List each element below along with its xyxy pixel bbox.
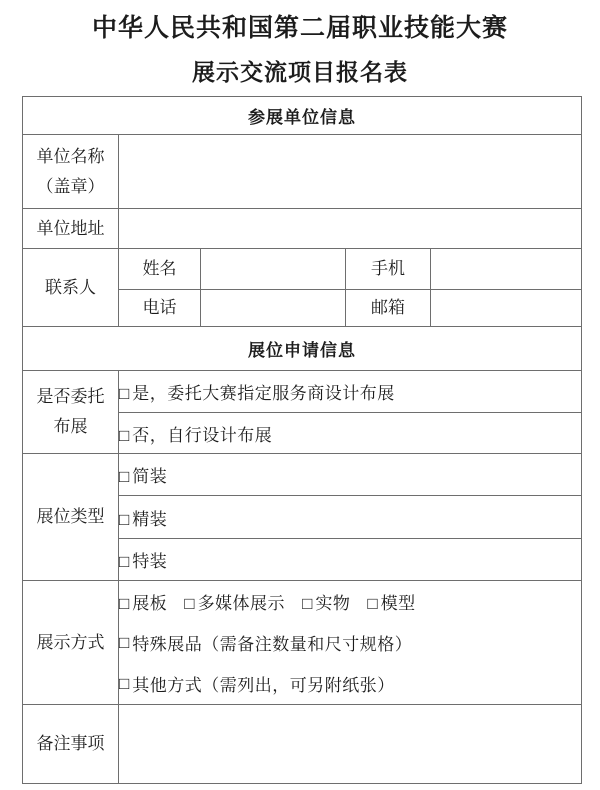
remarks-input-cell[interactable] <box>119 705 582 784</box>
entrust-label: 是否委托 布展 <box>23 371 119 454</box>
booth-type-label: 展位类型 <box>23 454 119 581</box>
checkbox-icon[interactable]: □ <box>119 675 129 692</box>
checkbox-icon[interactable]: □ <box>302 595 312 612</box>
booth-type-option-special-cell: □特装 <box>119 539 582 581</box>
contact-phone-label: 电话 <box>119 290 201 327</box>
entrust-option-yes-cell: □是，委托大赛指定服务商设计布展 <box>119 371 582 413</box>
checkbox-icon[interactable]: □ <box>119 595 129 612</box>
display-option-board: □展板 <box>119 589 167 614</box>
contact-email-label: 邮箱 <box>346 290 431 327</box>
display-option-other: □其他方式（需列出，可另附纸张） <box>119 663 581 704</box>
contact-mobile-label: 手机 <box>346 249 431 290</box>
unit-name-label-line2: （盖章） <box>23 172 118 202</box>
page-title: 中华人民共和国第二届职业技能大赛 <box>0 13 600 44</box>
entrust-label-line2: 布展 <box>23 412 118 442</box>
display-method-inline-options: □展板 □多媒体展示 □实物 □模型 <box>119 581 581 622</box>
booth-type-option-basic-label: 简装 <box>132 467 167 486</box>
checkbox-icon[interactable]: □ <box>119 468 129 485</box>
unit-name-label: 单位名称 （盖章） <box>23 135 119 209</box>
unit-name-input-cell[interactable] <box>119 135 582 209</box>
entrust-option-yes-label: 是，委托大赛指定服务商设计布展 <box>132 384 395 403</box>
booth-type-row-1: 展位类型 □简装 <box>23 454 582 496</box>
contact-name-label: 姓名 <box>119 249 201 290</box>
remarks-label: 备注事项 <box>23 705 119 784</box>
unit-address-input-cell[interactable] <box>119 209 582 249</box>
section-header-unit-info: 参展单位信息 <box>23 97 582 135</box>
entrust-option-no-cell: □否，自行设计布展 <box>119 413 582 454</box>
contact-label: 联系人 <box>23 249 119 327</box>
section-booth-info-header-row: 展位申请信息 <box>23 327 582 371</box>
display-option-multimedia: □多媒体展示 <box>184 589 285 614</box>
entrust-option-no-label: 否，自行设计布展 <box>132 426 272 445</box>
display-method-label: 展示方式 <box>23 581 119 705</box>
checkbox-icon[interactable]: □ <box>367 595 377 612</box>
contact-name-input-cell[interactable] <box>201 249 346 290</box>
remarks-row: 备注事项 <box>23 705 582 784</box>
checkbox-icon[interactable]: □ <box>119 385 129 402</box>
entrust-label-line1: 是否委托 <box>23 382 118 412</box>
display-option-model: □模型 <box>367 589 415 614</box>
display-method-row: 展示方式 □展板 □多媒体展示 □实物 □模型 □特殊展品（需备注数量和尺寸规格… <box>23 581 582 705</box>
unit-address-row: 单位地址 <box>23 209 582 249</box>
display-option-physical: □实物 <box>302 589 350 614</box>
section-header-booth-info: 展位申请信息 <box>23 327 582 371</box>
contact-phone-input-cell[interactable] <box>201 290 346 327</box>
checkbox-icon[interactable]: □ <box>184 595 194 612</box>
contact-row-1: 联系人 姓名 手机 <box>23 249 582 290</box>
display-option-special-exhibit: □特殊展品（需备注数量和尺寸规格） <box>119 622 581 663</box>
unit-name-label-line1: 单位名称 <box>23 142 118 172</box>
booth-type-option-premium-cell: □精装 <box>119 496 582 539</box>
unit-address-label: 单位地址 <box>23 209 119 249</box>
entrust-row-1: 是否委托 布展 □是，委托大赛指定服务商设计布展 <box>23 371 582 413</box>
checkbox-icon[interactable]: □ <box>119 427 129 444</box>
booth-type-option-basic-cell: □简装 <box>119 454 582 496</box>
checkbox-icon[interactable]: □ <box>119 553 129 570</box>
contact-email-input-cell[interactable] <box>431 290 582 327</box>
page-subtitle: 展示交流项目报名表 <box>0 57 600 87</box>
booth-type-option-premium-label: 精装 <box>132 510 167 529</box>
checkbox-icon[interactable]: □ <box>119 511 129 528</box>
section-unit-info-header-row: 参展单位信息 <box>23 97 582 135</box>
checkbox-icon[interactable]: □ <box>119 634 129 651</box>
booth-type-option-special-label: 特装 <box>132 552 167 571</box>
display-method-options-cell: □展板 □多媒体展示 □实物 □模型 □特殊展品（需备注数量和尺寸规格） □其他… <box>119 581 582 705</box>
unit-name-row: 单位名称 （盖章） <box>23 135 582 209</box>
registration-form-table: 参展单位信息 单位名称 （盖章） 单位地址 联系人 姓名 手机 电话 邮箱 展位… <box>22 96 582 784</box>
contact-mobile-input-cell[interactable] <box>431 249 582 290</box>
